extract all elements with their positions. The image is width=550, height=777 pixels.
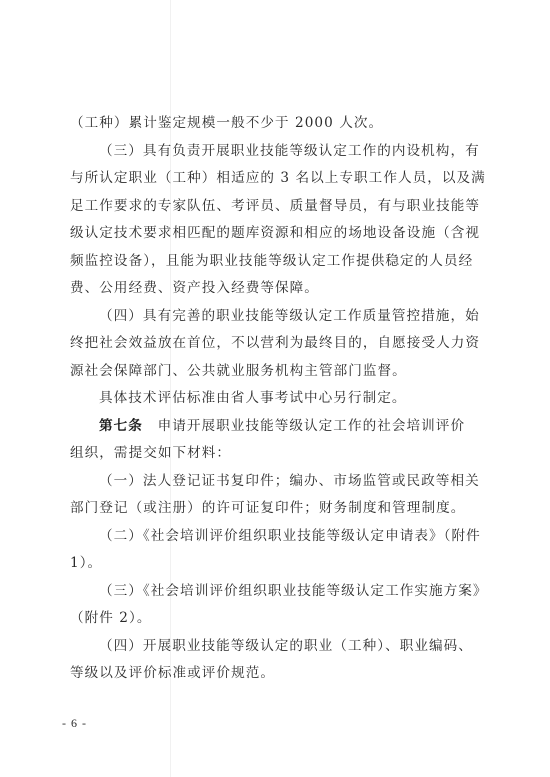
text-line: 频监控设备），且能为职业技能等级认定工作提供稳定的人员经 xyxy=(70,248,484,276)
text-line: （工种）累计鉴定规模一般不少于 2000 人次。 xyxy=(70,110,484,138)
article-7-heading: 第七条 xyxy=(99,418,143,434)
text-line: （附件 2）。 xyxy=(70,605,484,633)
evaluation-standard-note: 具体技术评估标准由省人事考试中心另行制定。 xyxy=(70,385,484,413)
text-line: 与所认定职业（工种）相适应的 3 名以上专职工作人员，以及满 xyxy=(70,165,484,193)
page-number: - 6 - xyxy=(62,716,87,731)
text-line: 1）。 xyxy=(70,550,484,578)
text-line: 足工作要求的专家队伍、考评员、质量督导员，有与职业技能等 xyxy=(70,193,484,221)
text-line: 等级以及评价标准或评价规范。 xyxy=(70,660,484,688)
text-line: 源社会保障部门、公共就业服务机构主管部门监督。 xyxy=(70,358,484,386)
clause-4-start: （四）具有完善的职业技能等级认定工作质量管控措施，始 xyxy=(70,303,484,331)
material-4-start: （四）开展职业技能等级认定的职业（工种）、职业编码、 xyxy=(70,633,484,661)
text-line: 终把社会效益放在首位，不以营利为最终目的，自愿接受人力资 xyxy=(70,330,484,358)
material-2-start: （二）《社会培训评价组织职业技能等级认定申请表》（附件 xyxy=(70,523,484,551)
text-line: 级认定技术要求相匹配的题库资源和相应的场地设备设施（含视 xyxy=(70,220,484,248)
material-3-start: （三）《社会培训评价组织职业技能等级认定工作实施方案》 xyxy=(70,578,484,606)
text-line: 组织，需提交如下材料： xyxy=(70,440,484,468)
clause-3-start: （三）具有负责开展职业技能等级认定工作的内设机构，有 xyxy=(70,138,484,166)
material-1-start: （一）法人登记证书复印件；编办、市场监管或民政等相关 xyxy=(70,468,484,496)
text-line: 费、公用经费、资产投入经费等保障。 xyxy=(70,275,484,303)
document-body: （工种）累计鉴定规模一般不少于 2000 人次。 （三）具有负责开展职业技能等级… xyxy=(70,110,484,688)
article-7-start: 第七条 申请开展职业技能等级认定工作的社会培训评价 xyxy=(70,413,484,441)
article-7-text: 申请开展职业技能等级认定工作的社会培训评价 xyxy=(143,418,465,434)
text-line: 部门登记（或注册）的许可证复印件；财务制度和管理制度。 xyxy=(70,495,484,523)
